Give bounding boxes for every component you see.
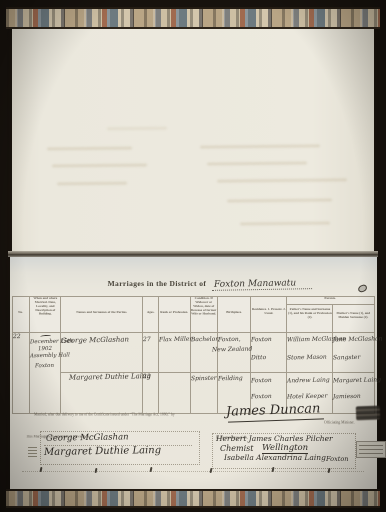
groom-mother-cell: Jane McGlashan Sangster	[333, 333, 375, 373]
marriage-place-building: Assembly Hall	[30, 353, 60, 361]
ghost-text	[200, 144, 320, 148]
bride-signature: Margaret Duthie Laing	[44, 445, 161, 458]
groom-mother-name: Jane McGlashan	[333, 336, 374, 344]
ghost-text	[57, 182, 127, 186]
bride-father-name: Andrew Laing	[287, 377, 332, 385]
column-header-birthplace: Birthplace.	[218, 297, 251, 333]
groom-condition: Bachelor,	[191, 336, 217, 344]
groom-birthplace: Foxton,	[218, 336, 250, 344]
table-header-row: No. When and where Married. Date, Locali…	[13, 297, 375, 305]
printed-stamp-box	[356, 441, 386, 458]
witness1-name: Herbert James Charles Pilcher	[216, 434, 333, 443]
groom-age: 27	[143, 336, 158, 344]
ghost-text	[217, 178, 347, 182]
groom-name-cell: George McGlashan	[61, 333, 143, 373]
marginal-print	[28, 445, 37, 457]
groom-father-name: William McGlashan	[287, 336, 332, 344]
marbled-edge-top	[6, 7, 380, 29]
bride-residence-present: Foxton	[251, 377, 286, 385]
column-header-names: Names and Surnames of the Parties.	[61, 297, 143, 333]
bride-name: Margaret Duthie Laing	[69, 373, 142, 383]
register-book-photo: Marriages in the District of Foxton Mana…	[0, 0, 386, 512]
groom-name: George McGlashan	[61, 336, 142, 346]
ghost-text	[52, 164, 147, 168]
column-header-no: No.	[13, 297, 30, 333]
marriage-place-town: Foxton	[35, 363, 60, 370]
bride-father-rank: Hotel Keeper	[287, 392, 332, 400]
bride-mother-maiden: Jamieson	[333, 392, 374, 400]
ghost-text	[207, 161, 307, 165]
minister-title-text: Officiating Minister.	[324, 421, 355, 425]
groom-residence-present: Foxton	[251, 336, 286, 344]
ghost-text	[240, 222, 330, 226]
groom-residence-usual: Ditto	[251, 354, 286, 362]
base-dotted-rule	[22, 471, 364, 472]
marbled-edge-bottom	[6, 489, 380, 508]
page-title: Marriages in the District of	[108, 279, 207, 288]
column-header-when-where: When and where Married. Date, Locality, …	[30, 297, 61, 333]
groom-birthplace-cell: Foxton, New Zealand	[218, 333, 251, 373]
witness2-name: Isabella Alexandrina Laing	[224, 453, 326, 462]
entry-row-groom: 22 December 25th 1902 Assembly Hall Foxt…	[13, 333, 375, 373]
entry-no-cell: 22	[13, 333, 30, 414]
certification-printed-text: Married, after due delivery to me of the…	[34, 413, 175, 417]
column-header-residence: Residence. 1. Present. 2. Usual.	[251, 297, 287, 333]
column-header-father: Father's Name and Surname (1), and his R…	[287, 305, 333, 333]
bride-birthplace: Feilding	[218, 375, 250, 383]
bride-residence-usual: Foxton	[251, 393, 286, 401]
groom-father-cell: William McGlashan Stone Mason	[287, 333, 333, 373]
witness1-occupation: Chemist	[220, 444, 253, 453]
ghost-text	[47, 147, 132, 151]
column-header-ages: Ages.	[143, 297, 159, 333]
marriage-register-page: Marriages in the District of Foxton Mana…	[10, 257, 377, 489]
groom-residence-cell: Foxton Ditto	[251, 333, 287, 373]
column-header-profession: Rank or Profession.	[159, 297, 191, 333]
marriage-register-table: No. When and where Married. Date, Locali…	[12, 296, 375, 414]
groom-profession: Flax Miller	[159, 336, 190, 344]
ghost-text	[107, 127, 167, 131]
ink-blot	[357, 284, 368, 293]
bride-age: 23	[143, 373, 158, 381]
column-header-condition: Condition. If Widower or Widow, date of …	[191, 297, 218, 333]
groom-birthplace-country: New Zealand	[212, 345, 250, 353]
column-header-mother: Mother's Name (1), and Maiden Surname (2…	[333, 305, 375, 333]
groom-age-cell: 27	[143, 333, 159, 373]
district-name-handwritten: Foxton Manawatu	[212, 278, 312, 291]
page-title-row: Marriages in the District of Foxton Mana…	[65, 279, 355, 290]
bride-condition: Spinster	[191, 375, 217, 383]
bride-mother-name: Margaret Laing	[333, 377, 374, 385]
blank-left-page	[12, 27, 374, 251]
ink-stamp	[356, 406, 380, 421]
groom-profession-cell: Flax Miller	[159, 333, 191, 373]
groom-father-rank: Stone Mason	[287, 353, 332, 361]
groom-mother-maiden: Sangster	[333, 353, 374, 361]
witness2-residence: Foxton	[326, 455, 348, 463]
ghost-text	[227, 198, 332, 202]
entry-number: 22	[13, 333, 29, 341]
column-header-parents: Parents.	[287, 297, 375, 305]
minister-signature: James Duncan	[226, 401, 321, 419]
entry-date-cell: December 25th 1902 Assembly Hall Foxton	[30, 333, 61, 414]
